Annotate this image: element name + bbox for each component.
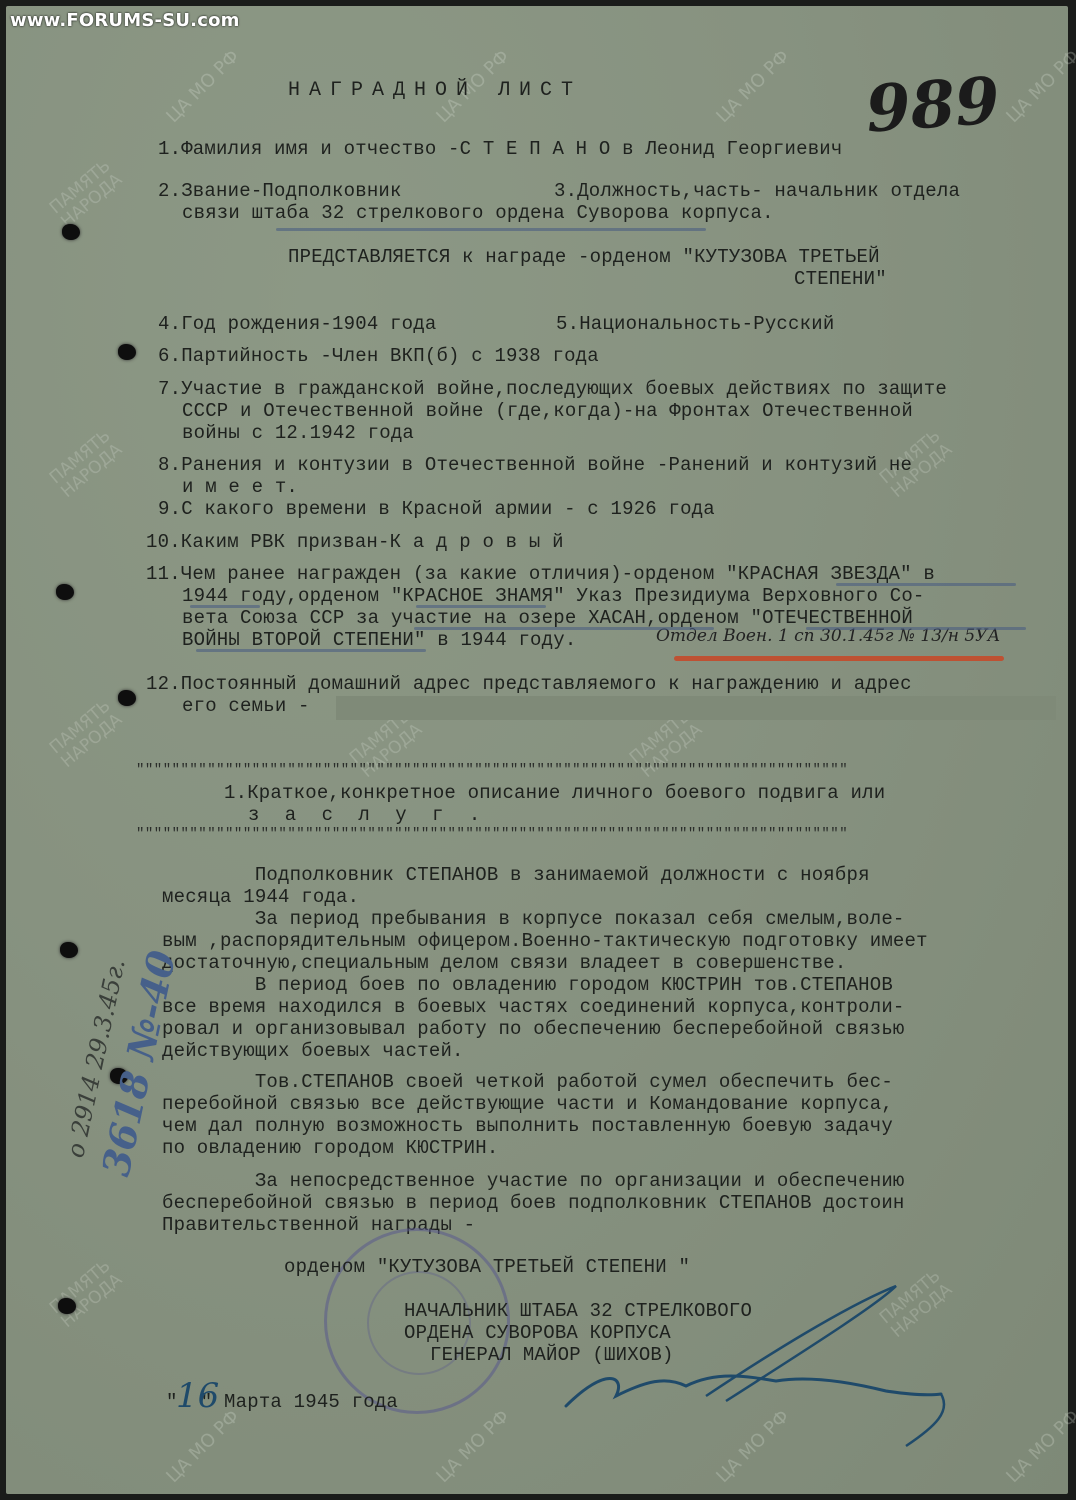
archive-watermark: ЦА МО РФ [1002, 1406, 1076, 1487]
field-birth-year: 4.Год рождения-1904 года [158, 313, 436, 335]
nomination-line: ПРЕДСТАВЛЯЕТСЯ к награде -орденом "КУТУЗ… [288, 246, 880, 268]
site-watermark: www.FORUMS-SU.com [10, 10, 240, 31]
punch-hole [56, 584, 74, 600]
page-title: НАГРАДНОЙ ЛИСТ [288, 80, 582, 102]
body-line: все время находился в боевых частях соед… [162, 996, 905, 1018]
separator-line: """"""""""""""""""""""""""""""""""""""""… [136, 762, 1041, 778]
body-line: ровал и организовывал работу по обеспече… [162, 1018, 905, 1040]
field-position-cont: связи штаба 32 стрелкового ордена Суворо… [182, 202, 774, 224]
handwritten-day: 16 [176, 1376, 219, 1416]
body-line: За период пребывания в корпусе показал с… [162, 908, 905, 930]
body-line: действующих боевых частей. [162, 1040, 464, 1062]
field-war-participation: 7.Участие в гражданской войне,последующи… [158, 378, 947, 400]
red-pencil-underline [674, 656, 1004, 661]
pencil-underline [276, 228, 706, 231]
handwritten-doc-number: 989 [864, 63, 1003, 147]
punch-hole [62, 224, 80, 240]
punch-hole [118, 344, 136, 360]
field-nationality: 5.Национальность-Русский [556, 313, 834, 335]
nomination-line-cont: СТЕПЕНИ" [794, 268, 887, 290]
body-line: В период боев по овладению городом КЮСТР… [162, 974, 893, 996]
pencil-underline [416, 605, 546, 608]
field-army-since: 9.С какого времени в Красной армии - с 1… [158, 498, 715, 520]
field-home-address-cont: его семьи - [182, 695, 310, 717]
field-war-participation-cont: СССР и Отечественной войне (где,когда)-н… [182, 400, 913, 422]
separator-line: """"""""""""""""""""""""""""""""""""""""… [136, 826, 1041, 842]
body-line: вым ,распорядительным офицером.Военно-та… [162, 930, 928, 952]
punch-hole [58, 1298, 76, 1314]
award-line: орденом "КУТУЗОВА ТРЕТЬЕЙ СТЕПЕНИ " [284, 1256, 690, 1278]
archive-watermark: ЦА МО РФ [712, 46, 793, 127]
punch-hole [60, 942, 78, 958]
field-full-name: 1.Фамилия имя и отчество -С Т Е П А Н О … [158, 138, 843, 160]
field-conscription: 10.Каким РВК призван-К а д р о в ы й [146, 531, 564, 553]
archive-watermark: ЦА МО РФ [1002, 46, 1076, 127]
body-line: достаточную,специальным делом связи влад… [162, 952, 847, 974]
field-wounds: 8.Ранения и контузии в Отечественной вой… [158, 454, 912, 476]
pencil-underline [806, 627, 1026, 630]
pencil-underline [414, 627, 714, 630]
archive-watermark: ЦА МО РФ [162, 1406, 243, 1487]
body-line: За непосредственное участие по организац… [162, 1170, 905, 1192]
field-wounds-cont: и м е е т. [182, 476, 298, 498]
field-rank: 2.Звание-Подполковник [158, 180, 402, 202]
body-line: бесперебойной связью в период боев подпо… [162, 1192, 905, 1214]
field-previous-awards-cont: ВОЙНЫ ВТОРОЙ СТЕПЕНИ" в 1944 году. [182, 629, 576, 651]
section-heading: 1.Краткое,конкретное описание личного бо… [224, 782, 885, 804]
pencil-underline [836, 583, 1016, 586]
archive-watermark: ЦА МО РФ [162, 46, 243, 127]
handwritten-signature [546, 1276, 966, 1456]
redacted-address [336, 696, 1056, 720]
field-previous-awards-cont: 1944 году,орденом "КРАСНОЕ ЗНАМЯ" Указ П… [182, 585, 925, 607]
body-line: Тов.СТЕПАНОВ своей четкой работой сумел … [162, 1071, 893, 1093]
body-line: по овладению городом КЮСТРИН. [162, 1137, 498, 1159]
field-war-participation-cont: войны с 12.1942 года [182, 422, 414, 444]
punch-hole [118, 690, 136, 706]
document-page: ЦА МО РФ ЦА МО РФ ЦА МО РФ ЦА МО РФ ЦА М… [6, 6, 1068, 1494]
archive-watermark: ПАМЯТЬ НАРОДА [28, 1242, 143, 1347]
body-line: чем дал полную возможность выполнить пос… [162, 1115, 893, 1137]
archive-watermark: ПАМЯТЬ НАРОДА [28, 412, 143, 517]
body-line: перебойной связью все действующие части … [162, 1093, 893, 1115]
field-home-address: 12.Постоянный домашний адрес представляе… [146, 673, 912, 695]
archive-watermark: ЦА МО РФ [432, 1406, 513, 1487]
field-position: 3.Должность,часть- начальник отдела [554, 180, 960, 202]
pencil-underline [196, 649, 426, 652]
section-heading-cont: з а с л у г . [248, 804, 487, 826]
body-line: Подполковник СТЕПАНОВ в занимаемой должн… [162, 864, 870, 886]
pencil-underline [190, 605, 260, 608]
field-party: 6.Партийность -Член ВКП(б) с 1938 года [158, 345, 599, 367]
archive-watermark: ПАМЯТЬ НАРОДА [28, 142, 143, 247]
field-previous-awards: 11.Чем ранее награжден (за какие отличия… [146, 563, 935, 585]
